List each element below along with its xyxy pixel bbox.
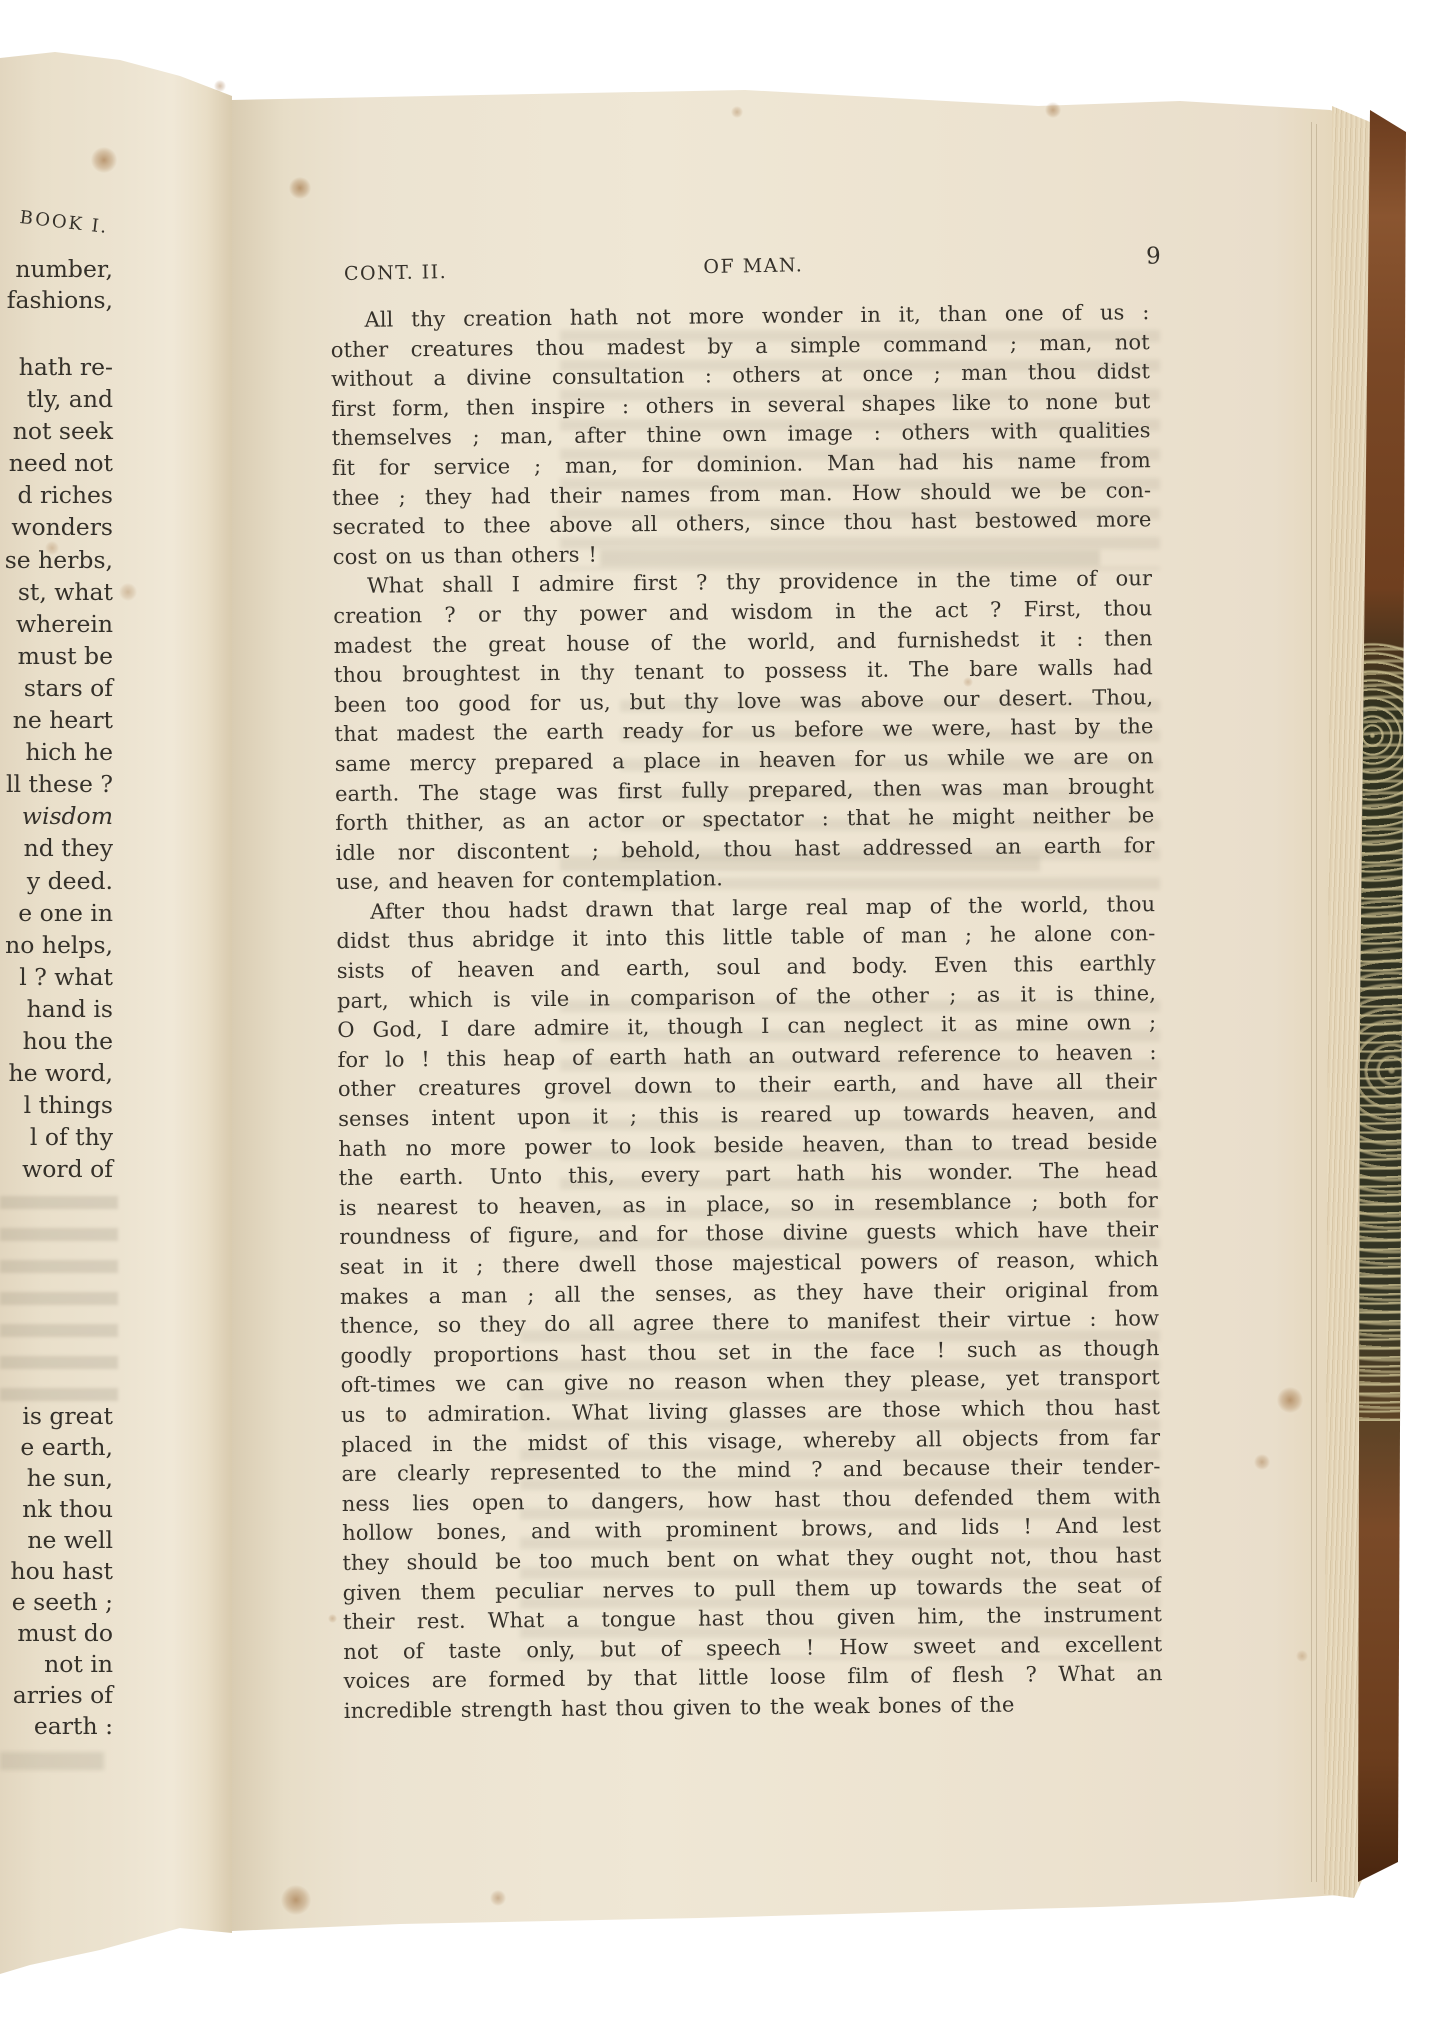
left-fragment: l ? what xyxy=(0,961,113,993)
left-fragment: hou hast xyxy=(0,1556,113,1587)
left-fragment: is great xyxy=(0,1401,113,1432)
left-fragment: se herbs, xyxy=(0,544,113,576)
left-fragment: l of thy xyxy=(0,1121,113,1153)
page-number: 9 xyxy=(1146,243,1161,269)
left-fragment: st, what xyxy=(0,576,113,608)
left-fragment: hath re- xyxy=(0,351,113,383)
left-fragment: must do xyxy=(0,1618,113,1649)
book-photo: BOOK I. number,fashions, hath re-tly, an… xyxy=(0,0,1445,2023)
left-fragment: ne well xyxy=(0,1525,113,1556)
left-fragment: wherein xyxy=(0,608,113,640)
show-through-text xyxy=(0,1196,118,1416)
paragraph: After thou hadst drawn that large real m… xyxy=(336,890,1163,1726)
paragraph: All thy creation hath not more wonder in… xyxy=(330,298,1152,572)
show-through-text xyxy=(0,1752,104,1770)
page-crease xyxy=(1311,122,1312,1882)
left-fragment: not seek xyxy=(0,415,113,447)
left-fragment: number, xyxy=(0,254,113,285)
left-fragment: nk thou xyxy=(0,1494,113,1525)
left-fragment: no helps, xyxy=(0,929,113,961)
left-fragment: stars of xyxy=(0,672,113,704)
page-crease xyxy=(1316,124,1317,1882)
left-fragment: e earth, xyxy=(0,1432,113,1463)
left-fragment: arries of xyxy=(0,1680,113,1711)
left-fragment: l things xyxy=(0,1089,113,1121)
left-fragment: d riches xyxy=(0,479,113,511)
left-fragment: need not xyxy=(0,447,113,479)
left-fragment: earth : xyxy=(0,1711,113,1742)
paragraph: What shall I admire first ? thy providen… xyxy=(333,565,1155,898)
left-fragment: hich he xyxy=(0,736,113,768)
body-text: All thy creation hath not more wonder in… xyxy=(330,298,1163,1726)
left-fragment: word of xyxy=(0,1153,113,1185)
left-fragment: e seeth ; xyxy=(0,1587,113,1618)
left-fragment: y deed. xyxy=(0,865,113,897)
left-fragment: wisdom xyxy=(0,800,113,832)
left-fragment: fashions, xyxy=(0,285,113,316)
marbled-paper xyxy=(1358,642,1406,1422)
left-fragments-top: number,fashions, xyxy=(0,254,113,315)
left-fragments-mid: hath re-tly, andnot seekneed notd riches… xyxy=(0,351,113,1185)
left-fragment: ne heart xyxy=(0,704,113,736)
left-fragment: must be xyxy=(0,640,113,672)
left-fragment: hou the xyxy=(0,1025,113,1057)
left-fragment: e one in xyxy=(0,897,113,929)
left-fragment: hand is xyxy=(0,993,113,1025)
left-page: BOOK I. number,fashions, hath re-tly, an… xyxy=(0,0,232,2023)
left-fragments-bottom: is greate earth,he sun,nk thoune wellhou… xyxy=(0,1401,113,1742)
left-fragment: nd they xyxy=(0,832,113,864)
left-fragment: wonders xyxy=(0,511,113,543)
left-fragment: ll these ? xyxy=(0,768,113,800)
left-fragment: he sun, xyxy=(0,1463,113,1494)
left-fragment: he word, xyxy=(0,1057,113,1089)
left-running-header: BOOK I. xyxy=(15,207,113,239)
left-fragment: not in xyxy=(0,1649,113,1680)
left-fragment: tly, and xyxy=(0,383,113,415)
